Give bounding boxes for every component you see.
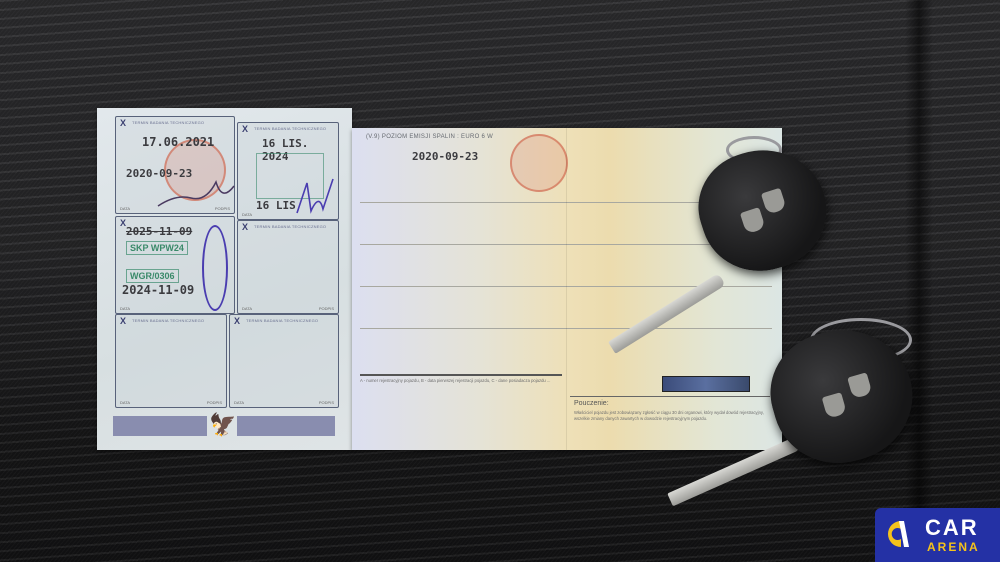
round-stamp bbox=[510, 134, 568, 192]
security-band bbox=[237, 416, 335, 436]
x-mark: X bbox=[242, 222, 248, 232]
date-label: DATA bbox=[120, 206, 130, 211]
fold bbox=[566, 128, 567, 450]
car-arena-logo: CAR ARENA bbox=[875, 508, 1000, 562]
box-header: TERMIN BADANIA TECHNICZNEGO bbox=[132, 120, 204, 125]
inspection-box-5: X TERMIN BADANIA TECHNICZNEGO DATA PODPI… bbox=[115, 314, 227, 408]
stamp-date: 2020-09-23 bbox=[412, 150, 478, 163]
document-left-page: X TERMIN BADANIA TECHNICZNEGO 17.06.2021… bbox=[97, 108, 352, 450]
inspection-box-4: X TERMIN BADANIA TECHNICZNEGO DATA PODPI… bbox=[237, 220, 339, 314]
pouczenie-title: Pouczenie: bbox=[574, 400, 609, 407]
x-mark: X bbox=[242, 124, 248, 134]
car-arena-mark-icon bbox=[887, 519, 909, 549]
box-header: TERMIN BADANIA TECHNICZNEGO bbox=[132, 318, 204, 323]
inspection-box-3: X 2025-11-09 SKP WPW24 WGR/0306 2024-11-… bbox=[115, 216, 235, 314]
hologram-sticker bbox=[662, 376, 750, 392]
box-header: TERMIN BADANIA TECHNICZNEGO bbox=[254, 126, 326, 131]
lock-button-icon bbox=[761, 188, 787, 215]
footnote-text: A - numer rejestracyjny pojazdu, B - dat… bbox=[360, 378, 560, 384]
signature-label: PODPIS bbox=[319, 306, 334, 311]
unlock-button-icon bbox=[822, 392, 847, 419]
signature-label: PODPIS bbox=[319, 400, 334, 405]
inspection-box-6: X TERMIN BADANIA TECHNICZNEGO DATA PODPI… bbox=[229, 314, 339, 408]
signature-label: PODPIS bbox=[207, 400, 222, 405]
x-mark: X bbox=[120, 316, 126, 326]
registration-document: X TERMIN BADANIA TECHNICZNEGO 17.06.2021… bbox=[97, 108, 787, 452]
box-header: TERMIN BADANIA TECHNICZNEGO bbox=[254, 224, 326, 229]
x-mark: X bbox=[120, 118, 126, 128]
inspection-box-1: X TERMIN BADANIA TECHNICZNEGO 17.06.2021… bbox=[115, 116, 235, 214]
signature-oval bbox=[202, 225, 228, 311]
date-label: DATA bbox=[120, 400, 130, 405]
divider bbox=[360, 374, 562, 376]
box-header: TERMIN BADANIA TECHNICZNEGO bbox=[246, 318, 318, 323]
pouczenie-text: Właściciel pojazdu jest zobowiązany zgło… bbox=[574, 410, 764, 422]
station-stamp: WGR/0306 bbox=[126, 269, 179, 283]
polish-eagle-icon: 🦅 bbox=[209, 412, 236, 438]
emission-level-text: (V.9) POZIOM EMISJI SPALIN : EURO 6 W bbox=[366, 134, 493, 140]
divider bbox=[570, 396, 770, 397]
logo-text-car: CAR bbox=[925, 515, 979, 541]
signature-label: PODPIS bbox=[215, 206, 230, 211]
date-label: DATA bbox=[242, 212, 252, 217]
stamp-date: 17.06.2021 bbox=[142, 135, 214, 149]
date-label: DATA bbox=[242, 306, 252, 311]
station-stamp: SKP WPW24 bbox=[126, 241, 188, 255]
lock-button-icon bbox=[847, 372, 872, 399]
logo-text-arena: ARENA bbox=[927, 540, 980, 554]
seat-seam bbox=[905, 0, 933, 562]
date-label: DATA bbox=[120, 306, 130, 311]
date-label: DATA bbox=[234, 400, 244, 405]
stamp-date: 16 LIS bbox=[256, 199, 296, 212]
inspection-box-2: X TERMIN BADANIA TECHNICZNEGO 16 LIS. 20… bbox=[237, 122, 339, 220]
security-band bbox=[113, 416, 207, 436]
unlock-button-icon bbox=[740, 207, 766, 234]
signature-icon bbox=[293, 173, 338, 219]
x-mark: X bbox=[234, 316, 240, 326]
stamp-date: 2025-11-09 bbox=[126, 225, 192, 238]
stamp-date: 2024-11-09 bbox=[122, 283, 194, 297]
